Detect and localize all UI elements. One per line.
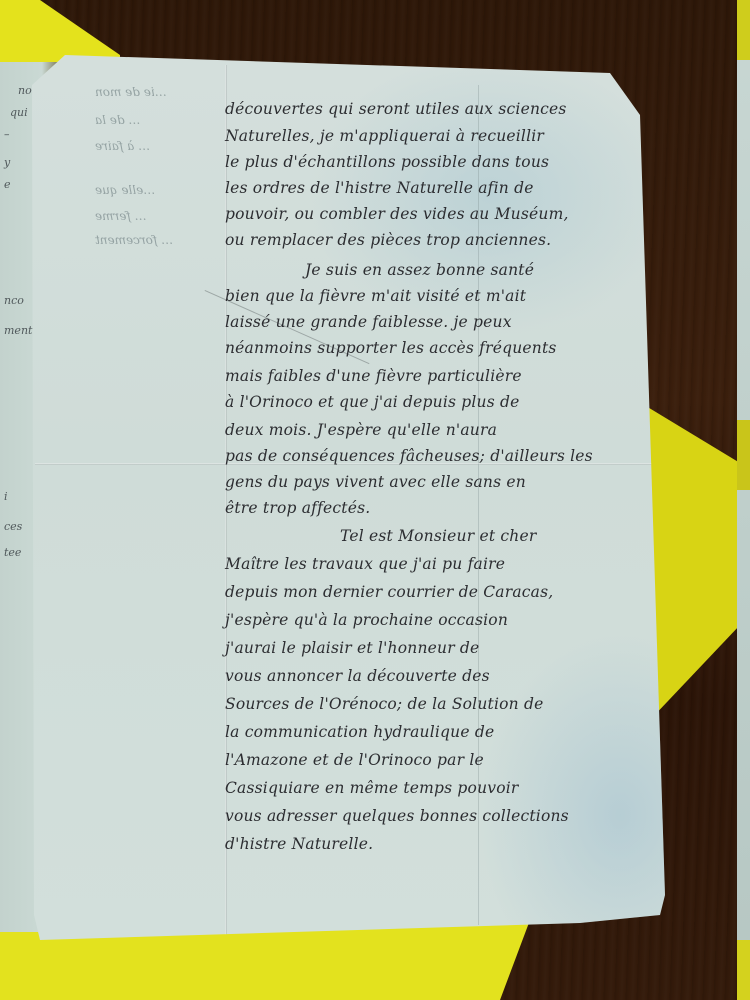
letter-line: mais faibles d'une fièvre particulière (225, 367, 522, 385)
bleed-through-text: … de la (95, 113, 235, 127)
bleed-through-text: …ie de mon (95, 85, 235, 99)
letter-line: Je suis en assez bonne santé (305, 261, 534, 279)
letter-line: néanmoins supporter les accès fréquents (225, 339, 557, 357)
letter-line: vous adresser quelques bonnes collection… (225, 807, 569, 825)
left-page-text: e (4, 178, 11, 191)
letter-line: laissé une grande faiblesse. je peux (225, 313, 512, 331)
letter-line: pouvoir, ou combler des vides au Muséum, (225, 205, 569, 223)
letter-line: depuis mon dernier courrier de Caracas, (225, 583, 553, 601)
letter-line: la communication hydraulique de (225, 723, 494, 741)
letter-line: Cassiquiare en même temps pouvoir (225, 779, 519, 797)
letter-line: être trop affectés. (225, 499, 370, 517)
bleed-through-text: … à faire (95, 139, 235, 153)
left-page-text: ces (4, 520, 22, 533)
left-page-text: qui (10, 106, 28, 119)
bleed-through-text: …elle que (95, 183, 235, 197)
left-page-text: – (4, 128, 10, 141)
envelope-edge-mid-right (737, 420, 750, 490)
letter-line: Maître les travaux que j'ai pu faire (225, 555, 505, 573)
letter-line: les ordres de l'histre Naturelle afin de (225, 179, 534, 197)
bleed-through-text: … ferme (95, 209, 235, 223)
letter-line: Sources de l'Orénoco; de la Solution de (225, 695, 543, 713)
letter-line: à l'Orinoco et que j'ai depuis plus de (225, 393, 520, 411)
letter-line: pas de conséquences fâcheuses; d'ailleur… (225, 447, 593, 465)
envelope-edge-top-right (737, 0, 750, 60)
letter-line: bien que la fièvre m'ait visité et m'ait (225, 287, 526, 305)
letter-line: Tel est Monsieur et cher (340, 527, 536, 545)
letter-line: deux mois. J'espère qu'elle n'aura (225, 421, 497, 439)
letter-line: le plus d'échantillons possible dans tou… (225, 153, 549, 171)
left-page-text: tee (4, 546, 21, 559)
letter-line: vous annoncer la découverte des (225, 667, 490, 685)
letter-line: j'aurai le plaisir et l'honneur de (225, 639, 479, 657)
letter-line: j'espère qu'à la prochaine occasion (225, 611, 508, 629)
left-page-text: i (4, 490, 8, 503)
left-page-text: ment (4, 324, 32, 337)
bleed-through-text: … forcement (95, 233, 235, 247)
envelope-edge-bottom-right (737, 940, 750, 1000)
left-page-text: y (4, 156, 10, 169)
letter-line: Naturelles, je m'appliquerai à recueilli… (225, 127, 544, 145)
letter-line: l'Amazone et de l'Orinoco par le (225, 751, 484, 769)
letter-line: d'histre Naturelle. (225, 835, 373, 853)
adjacent-page-edge (737, 60, 750, 940)
letter-line: ou remplacer des pièces trop anciennes. (225, 231, 551, 249)
letter-sheet: …ie de mon … de la … à faire …elle que …… (20, 55, 670, 943)
letter-line: gens du pays vivent avec elle sans en (225, 473, 526, 491)
letter-line: découvertes qui seront utiles aux scienc… (225, 100, 567, 118)
left-page-text: nco (4, 294, 24, 307)
